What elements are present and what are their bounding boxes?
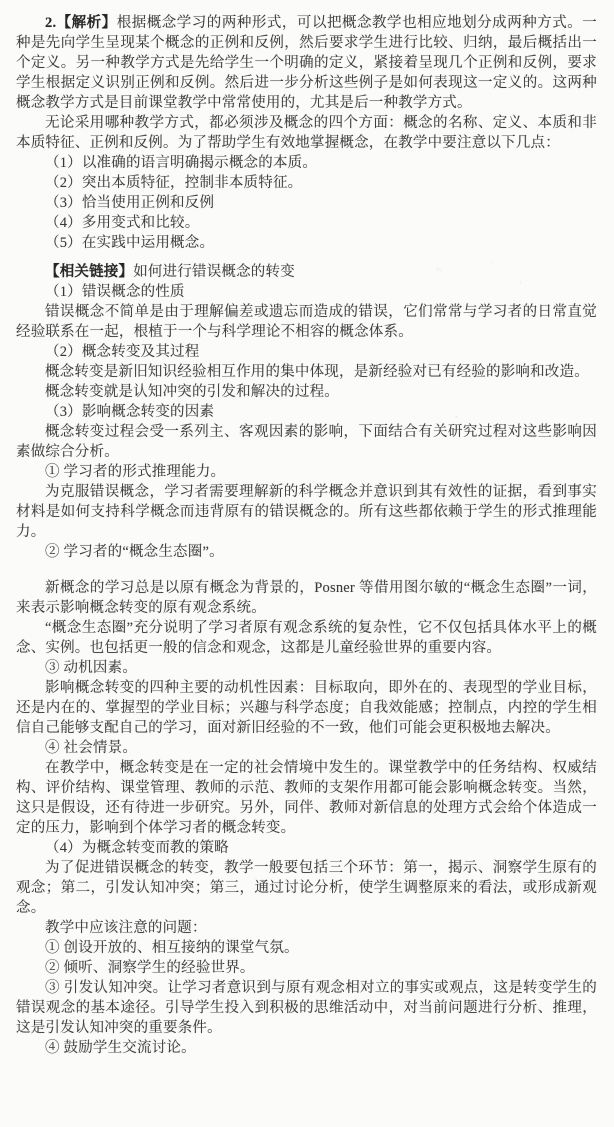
list-item: ④ 鼓励学生交流讨论。	[16, 1038, 597, 1058]
paragraph: 错误概念不简单是由于理解偏差或遗忘而造成的错误，它们常常与学习者的日常直觉经验联…	[16, 302, 597, 342]
scan-speck: -	[455, 412, 458, 421]
scan-speck: ᵗ·	[437, 266, 442, 275]
section-heading: 【相关链接】如何进行错误概念的转变	[16, 262, 597, 282]
paragraph: 新概念的学习总是以原有概念为背景的，Posner 等借用图尔敏的“概念生态圈”一…	[16, 578, 597, 618]
list-item: （3）恰当使用正例和反例	[16, 193, 597, 213]
paragraph: 无论采用哪种教学方式，都必须涉及概念的四个方面：概念的名称、定义、本质和非本质特…	[16, 113, 597, 153]
bold-label: 2.【解析】	[45, 15, 117, 31]
paragraph: 2.【解析】根据概念学习的两种形式，可以把概念教学也相应地划分成两种方式。一种是…	[16, 13, 597, 113]
list-item: ② 倾听、洞察学生的经验世界。	[16, 958, 597, 978]
list-item: （5）在实践中运用概念。	[16, 233, 597, 253]
list-item: （1）以准确的语言明确揭示概念的本质。	[16, 153, 597, 173]
list-item: （2）概念转变及其过程	[16, 342, 597, 362]
list-item: ① 学习者的形式推理能力。	[16, 462, 597, 482]
text-flow: 2.【解析】根据概念学习的两种形式，可以把概念教学也相应地划分成两种方式。一种是…	[16, 13, 597, 1058]
list-item: （2）突出本质特征，控制非本质特征。	[16, 173, 597, 193]
paragraph: 概念转变过程会受一系列主、客观因素的影响，下面结合有关研究过程对这些影响因素做综…	[16, 422, 597, 462]
paragraph: “概念生态圈”充分说明了学习者原有观念系统的复杂性，它不仅包括具体水平上的概念、…	[16, 618, 597, 658]
list-item: （4）多用变式和比较。	[16, 213, 597, 233]
scan-speck: ᵢ	[520, 276, 521, 285]
scan-speck: ˙	[491, 262, 494, 271]
paragraph: ③ 引发认知冲突。让学习者意识到与原有观念相对立的事实或观点，这是转变学生的错误…	[16, 978, 597, 1038]
list-item: （3）影响概念转变的因素	[16, 402, 597, 422]
list-item: （4）为概念转变而教的策略	[16, 838, 597, 858]
list-item: ② 学习者的“概念生态圈”。	[16, 542, 597, 562]
list-item: 概念转变就是认知冲突的引发和解决的过程。	[16, 382, 597, 402]
list-item: 教学中应该注意的问题：	[16, 918, 597, 938]
paragraph: 在教学中，概念转变是在一定的社会情境中发生的。课堂教学中的任务结构、权威结构、评…	[16, 758, 597, 838]
list-item: ① 创设开放的、相互接纳的课堂气氛。	[16, 938, 597, 958]
list-item: （1）错误概念的性质	[16, 282, 597, 302]
paragraph: 影响概念转变的四种主要的动机性因素：目标取向，即外在的、表现型的学业目标，还是内…	[16, 678, 597, 738]
bold-label: 【相关链接】	[45, 264, 133, 280]
paragraph: 为了促进错误概念的转变，教学一般要包括三个环节：第一，揭示、洞察学生原有的观念；…	[16, 858, 597, 918]
paragraph: 为克服错误概念，学习者需要理解新的科学概念并意识到其有效性的证据，看到事实材料是…	[16, 482, 597, 542]
list-item: ④ 社会情景。	[16, 738, 597, 758]
paragraph: 概念转变是新旧知识经验相互作用的集中体现，是新经验对已有经验的影响和改造。	[16, 362, 597, 382]
paragraph-spacer	[16, 562, 597, 578]
document-page: 2.【解析】根据概念学习的两种形式，可以把概念教学也相应地划分成两种方式。一种是…	[0, 0, 614, 1127]
list-item: ③ 动机因素。	[16, 658, 597, 678]
paragraph-spacer	[16, 253, 597, 262]
